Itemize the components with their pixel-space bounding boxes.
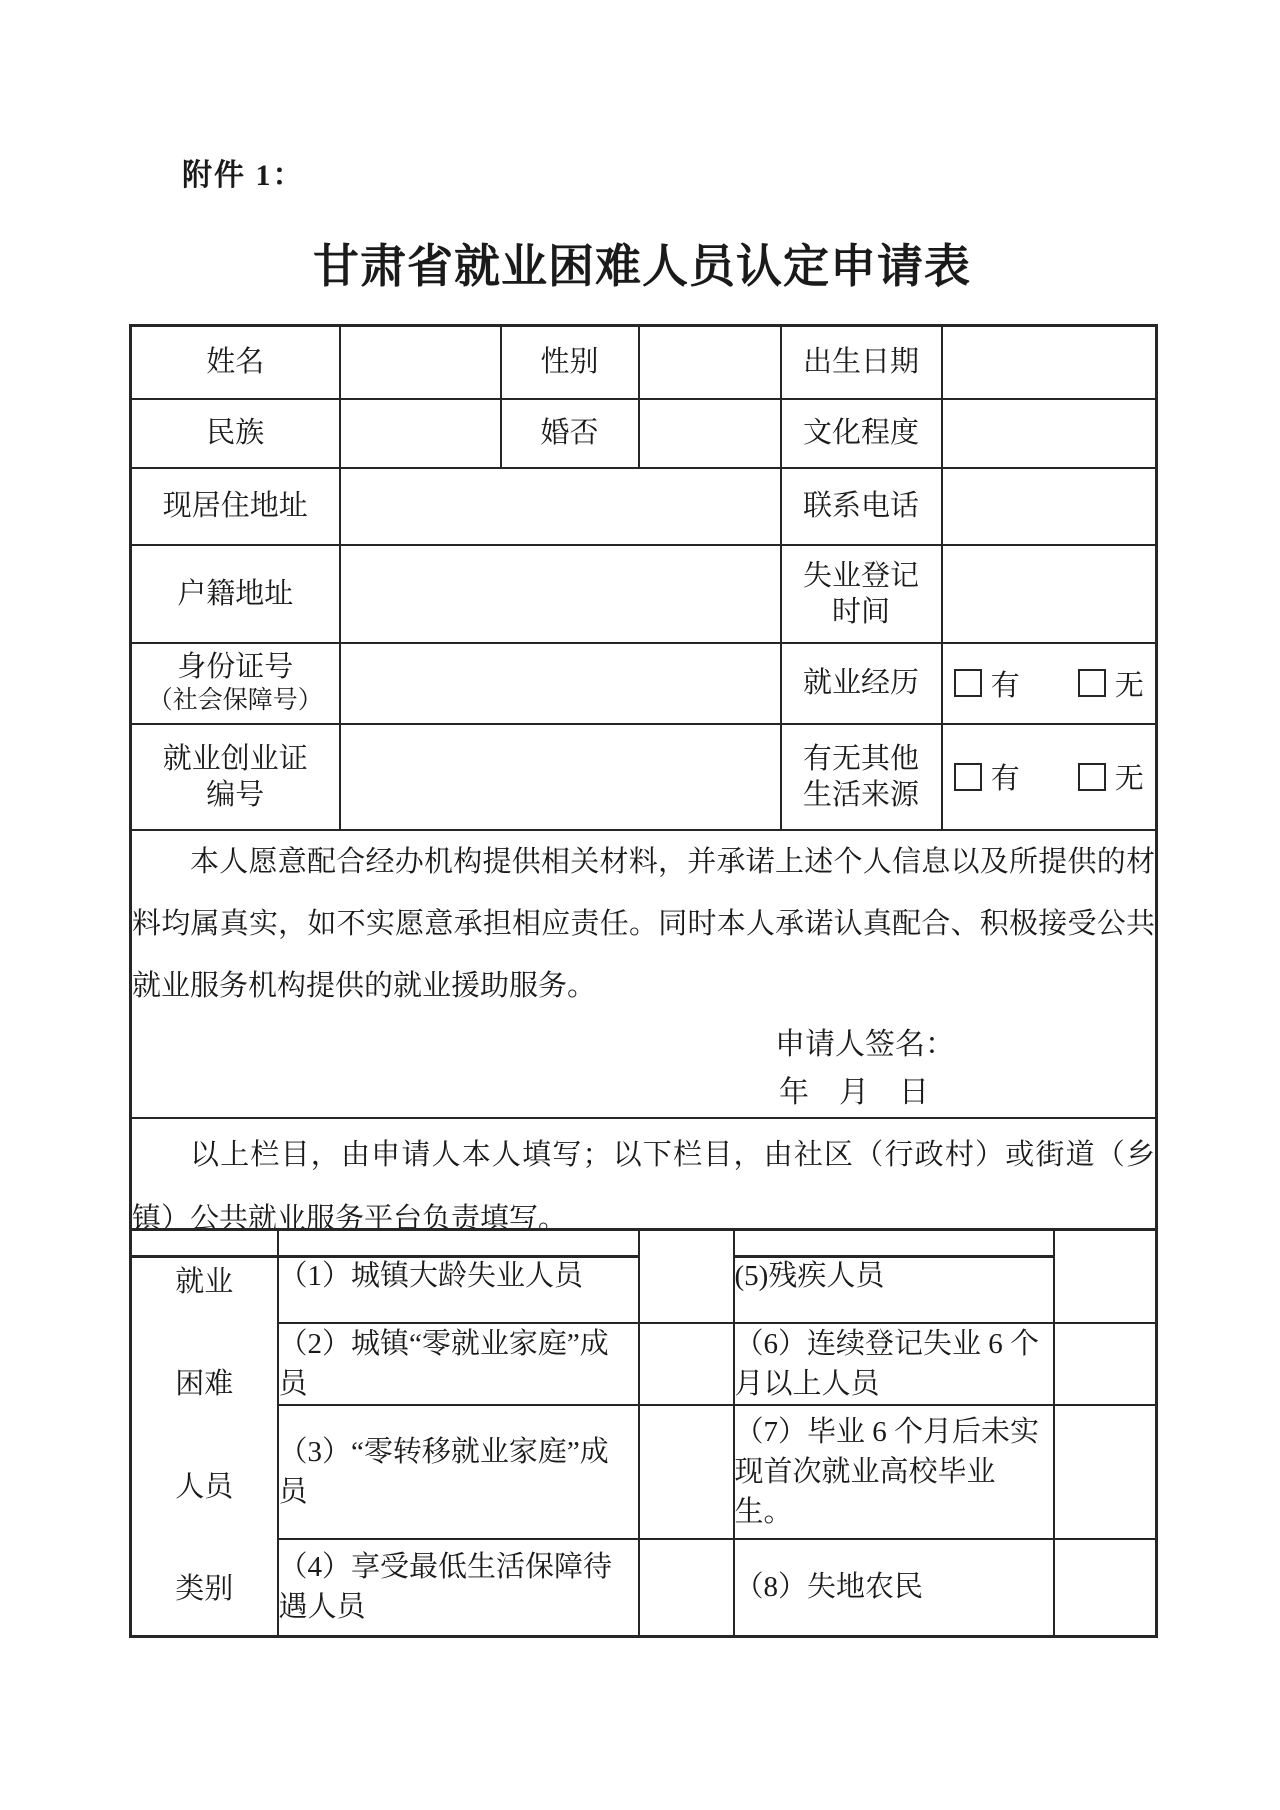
other-income-checkbox-group: 有 无	[943, 756, 1156, 797]
id-number-value-cell[interactable]	[340, 643, 781, 724]
birth-date-value-cell[interactable]	[942, 326, 1157, 399]
table-row: 身份证号 （社会保障号） 就业经历 有 无	[131, 643, 1157, 724]
ethnicity-value-cell[interactable]	[340, 399, 501, 468]
employment-cert-line2: 编号	[132, 777, 339, 813]
signature-label[interactable]: 申请人签名：	[132, 1021, 955, 1069]
other-income-line2: 生活来源	[782, 777, 941, 813]
page-title: 甘肃省就业困难人员认定申请表	[129, 230, 1155, 296]
category-item-7: （7）毕业 6 个月后未实现首次就业高校毕业生。	[734, 1405, 1054, 1539]
signature-date-line[interactable]: 年 月 日	[132, 1069, 955, 1117]
table-row: 姓名 性别 出生日期	[131, 326, 1157, 399]
unemployment-registration-line2: 时间	[782, 594, 941, 630]
category-header-word-3: 人员	[175, 1464, 233, 1505]
checkbox-icon[interactable]	[954, 763, 982, 791]
no-label: 无	[1115, 663, 1144, 704]
category-header-word-2: 困难	[175, 1361, 233, 1402]
yes-label: 有	[991, 663, 1020, 704]
employment-cert-value-cell[interactable]	[340, 724, 781, 830]
current-address-label: 现居住地址	[131, 468, 340, 545]
table-row: 现居住地址 联系电话	[131, 468, 1157, 545]
yes-label: 有	[991, 756, 1020, 797]
table-row: 就业 困难 人员 类别 （1）城镇大龄失业人员 (5)残疾人员	[131, 1230, 1157, 1323]
signature-block: 申请人签名： 年 月 日	[132, 1021, 955, 1117]
table-row: 就业创业证 编号 有无其他 生活来源 有 无	[131, 724, 1157, 830]
other-income-checkbox-cell: 有 无	[942, 724, 1157, 830]
form-page: 附件 1： 甘肃省就业困难人员认定申请表 姓名 性别 出生日期 民族 婚否 文化…	[0, 0, 1280, 1810]
category-mark-cell-2[interactable]	[639, 1323, 734, 1405]
gender-value-cell[interactable]	[639, 326, 781, 399]
category-item-1: （1）城镇大龄失业人员	[278, 1230, 639, 1323]
household-address-value-cell[interactable]	[340, 545, 781, 643]
table-row: 民族 婚否 文化程度	[131, 399, 1157, 468]
declaration-cell: 本人愿意配合经办机构提供相关材料，并承诺上述个人信息以及所提供的材料均属真实，如…	[131, 830, 1157, 1118]
gender-label: 性别	[501, 326, 639, 399]
category-header-word-1: 就业	[175, 1259, 233, 1300]
other-income-no-checkbox[interactable]: 无	[1078, 756, 1144, 797]
checkbox-icon[interactable]	[1078, 669, 1106, 697]
category-item-5: (5)残疾人员	[734, 1230, 1054, 1323]
category-header-vertical: 就业 困难 人员 类别	[132, 1259, 277, 1607]
category-header: 就业 困难 人员 类别	[131, 1230, 278, 1637]
table-row: 户籍地址 失业登记 时间	[131, 545, 1157, 643]
employment-history-checkbox-cell: 有 无	[942, 643, 1157, 724]
attachment-label: 附件 1：	[182, 150, 305, 194]
phone-value-cell[interactable]	[942, 468, 1157, 545]
no-label: 无	[1115, 756, 1144, 797]
category-item-8: （8）失地农民	[734, 1539, 1054, 1637]
category-table: 就业 困难 人员 类别 （1）城镇大龄失业人员 (5)残疾人员 （2）城镇“零就…	[129, 1228, 1158, 1638]
other-income-label: 有无其他 生活来源	[781, 724, 942, 830]
id-number-line2: （社会保障号）	[132, 685, 339, 717]
other-income-line1: 有无其他	[782, 741, 941, 777]
name-value-cell[interactable]	[340, 326, 501, 399]
id-number-label: 身份证号 （社会保障号）	[131, 643, 340, 724]
table-row: （2）城镇“零就业家庭”成员 （6）连续登记失业 6 个月以上人员	[131, 1323, 1157, 1405]
category-mark-cell-3[interactable]	[639, 1405, 734, 1539]
category-header-word-4: 类别	[175, 1566, 233, 1607]
employment-history-no-checkbox[interactable]: 无	[1078, 663, 1144, 704]
category-item-6: （6）连续登记失业 6 个月以上人员	[734, 1323, 1054, 1405]
declaration-text: 本人愿意配合经办机构提供相关材料，并承诺上述个人信息以及所提供的材料均属真实，如…	[132, 831, 1155, 1017]
education-label: 文化程度	[781, 399, 942, 468]
education-value-cell[interactable]	[942, 399, 1157, 468]
table-row: 本人愿意配合经办机构提供相关材料，并承诺上述个人信息以及所提供的材料均属真实，如…	[131, 830, 1157, 1118]
marital-value-cell[interactable]	[639, 399, 781, 468]
name-label: 姓名	[131, 326, 340, 399]
checkbox-icon[interactable]	[1078, 763, 1106, 791]
unemployment-registration-value-cell[interactable]	[942, 545, 1157, 643]
checkbox-icon[interactable]	[954, 669, 982, 697]
id-number-line1: 身份证号	[132, 649, 339, 685]
unemployment-registration-label: 失业登记 时间	[781, 545, 942, 643]
category-item-3: （3）“零转移就业家庭”成员	[278, 1405, 639, 1539]
household-address-label: 户籍地址	[131, 545, 340, 643]
marital-label: 婚否	[501, 399, 639, 468]
table-row: （3）“零转移就业家庭”成员 （7）毕业 6 个月后未实现首次就业高校毕业生。	[131, 1405, 1157, 1539]
birth-date-label: 出生日期	[781, 326, 942, 399]
category-mark-cell-7[interactable]	[1054, 1405, 1157, 1539]
employment-history-label: 就业经历	[781, 643, 942, 724]
category-mark-cell-5[interactable]	[1054, 1230, 1157, 1323]
table-row: （4）享受最低生活保障待遇人员 （8）失地农民	[131, 1539, 1157, 1637]
phone-label: 联系电话	[781, 468, 942, 545]
other-income-yes-checkbox[interactable]: 有	[954, 756, 1020, 797]
unemployment-registration-line1: 失业登记	[782, 558, 941, 594]
category-mark-cell-8[interactable]	[1054, 1539, 1157, 1637]
category-mark-cell-6[interactable]	[1054, 1323, 1157, 1405]
employment-cert-line1: 就业创业证	[132, 741, 339, 777]
employment-history-yes-checkbox[interactable]: 有	[954, 663, 1020, 704]
category-mark-cell-4[interactable]	[639, 1539, 734, 1637]
employment-cert-label: 就业创业证 编号	[131, 724, 340, 830]
current-address-value-cell[interactable]	[340, 468, 781, 545]
category-mark-cell-1[interactable]	[639, 1230, 734, 1323]
category-item-2: （2）城镇“零就业家庭”成员	[278, 1323, 639, 1405]
ethnicity-label: 民族	[131, 399, 340, 468]
employment-history-checkbox-group: 有 无	[943, 663, 1156, 704]
category-item-4: （4）享受最低生活保障待遇人员	[278, 1539, 639, 1637]
applicant-info-table: 姓名 性别 出生日期 民族 婚否 文化程度 现居住地址 联系电话 户籍地址 失业…	[129, 324, 1158, 1258]
